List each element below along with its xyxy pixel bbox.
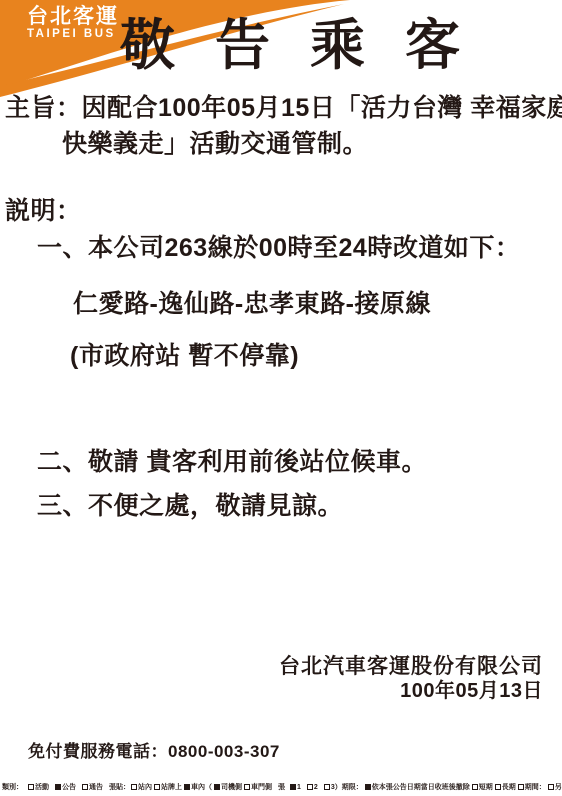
explanation-heading: 説明： <box>5 196 82 226</box>
unchecked-checkbox-icon <box>131 784 137 790</box>
footer-checkbox-label: 公告 <box>62 782 76 792</box>
footer-checkbox-label: 短期 <box>479 782 493 792</box>
footer-checkbox-item: 期間： <box>518 782 546 792</box>
notice-page: 台北客運 TAIPEI BUS 敬告乘客 主旨：因配合100年05月15日「活力… <box>0 0 562 796</box>
service-hotline: 免付費服務電話：0800-003-307 <box>28 742 280 762</box>
footer-checkbox-label: 3）期限： <box>331 782 363 792</box>
footer-checkbox-item: 3）期限： <box>324 782 363 792</box>
notice-date: 100年05月13日 <box>400 679 543 703</box>
unchecked-checkbox-icon <box>307 784 313 790</box>
checked-checkbox-icon <box>365 784 371 790</box>
footer-checkbox-label: 1 <box>297 784 301 791</box>
subject-line-2: 快樂義走」活動交通管制。 <box>62 129 368 159</box>
explanation-item-3: 三、不便之處，敬請見諒。 <box>37 491 343 521</box>
footer-checkbox-label: 另行通知 <box>555 782 562 792</box>
logo-english-text: TAIPEI BUS <box>27 29 119 41</box>
unchecked-checkbox-icon <box>324 784 330 790</box>
footer-checkbox-item: 公告 <box>55 782 76 792</box>
explanation-item-2: 二、敬請 貴客利用前後站位候車。 <box>37 447 427 477</box>
unchecked-checkbox-icon <box>82 784 88 790</box>
footer-checkbox-label: 活動 <box>35 782 49 792</box>
checked-checkbox-icon <box>214 784 220 790</box>
company-signature: 台北汽車客運股份有限公司 <box>279 654 543 679</box>
footer-checkbox-label: 司機側 <box>221 782 242 792</box>
footer-label: 張貼： <box>109 782 130 792</box>
footer-checkbox-item: 司機側 <box>214 782 242 792</box>
company-logo: 台北客運 TAIPEI BUS <box>27 6 119 41</box>
footer-checkbox-item: 車門側 <box>244 782 272 792</box>
footer-checkbox-item: 車內（ <box>184 782 212 792</box>
unchecked-checkbox-icon <box>28 784 34 790</box>
footer-print-info: 類別：活動公告通告張貼：站內站牌上車內（司機側車門側張123）期限：依本張公告日… <box>2 782 560 792</box>
footer-checkbox-item: 通告 <box>82 782 103 792</box>
footer-checkbox-label: 長期 <box>502 782 516 792</box>
detour-route: 仁愛路-逸仙路-忠孝東路-接原線 <box>73 289 431 319</box>
footer-checkbox-label: 車門側 <box>251 782 272 792</box>
footer-checkbox-label: 2 <box>314 784 318 791</box>
footer-checkbox-label: 依本張公告日期當日收班後撤除 <box>372 782 470 792</box>
footer-checkbox-item: 活動 <box>28 782 49 792</box>
footer-checkbox-item: 依本張公告日期當日收班後撤除 <box>365 782 470 792</box>
subject-line-1: 主旨：因配合100年05月15日「活力台灣 幸福家庭 <box>5 93 562 123</box>
unchecked-checkbox-icon <box>472 784 478 790</box>
unchecked-checkbox-icon <box>548 784 554 790</box>
footer-checkbox-item: 1 <box>290 784 301 791</box>
unchecked-checkbox-icon <box>495 784 501 790</box>
footer-checkbox-item: 另行通知 <box>548 782 562 792</box>
footer-checkbox-item: 2 <box>307 784 318 791</box>
checked-checkbox-icon <box>290 784 296 790</box>
footer-label: 張 <box>278 782 285 792</box>
footer-checkbox-label: 通告 <box>89 782 103 792</box>
footer-checkbox-label: 車內（ <box>191 782 212 792</box>
footer-checkbox-label: 站內 <box>138 782 152 792</box>
unchecked-checkbox-icon <box>518 784 524 790</box>
unchecked-checkbox-icon <box>154 784 160 790</box>
footer-checkbox-item: 站內 <box>131 782 152 792</box>
route-note: (市政府站 暫不停靠) <box>70 341 299 371</box>
checked-checkbox-icon <box>184 784 190 790</box>
footer-checkbox-label: 期間： <box>525 782 546 792</box>
footer-label: 類別： <box>2 782 23 792</box>
footer-checkbox-item: 長期 <box>495 782 516 792</box>
notice-title: 敬告乘客 <box>120 15 500 76</box>
checked-checkbox-icon <box>55 784 61 790</box>
footer-checkbox-item: 站牌上 <box>154 782 182 792</box>
footer-checkbox-label: 站牌上 <box>161 782 182 792</box>
explanation-item-1: 一、本公司263線於00時至24時改道如下： <box>37 233 520 263</box>
footer-checkbox-item: 短期 <box>472 782 493 792</box>
logo-chinese-text: 台北客運 <box>27 6 119 27</box>
unchecked-checkbox-icon <box>244 784 250 790</box>
